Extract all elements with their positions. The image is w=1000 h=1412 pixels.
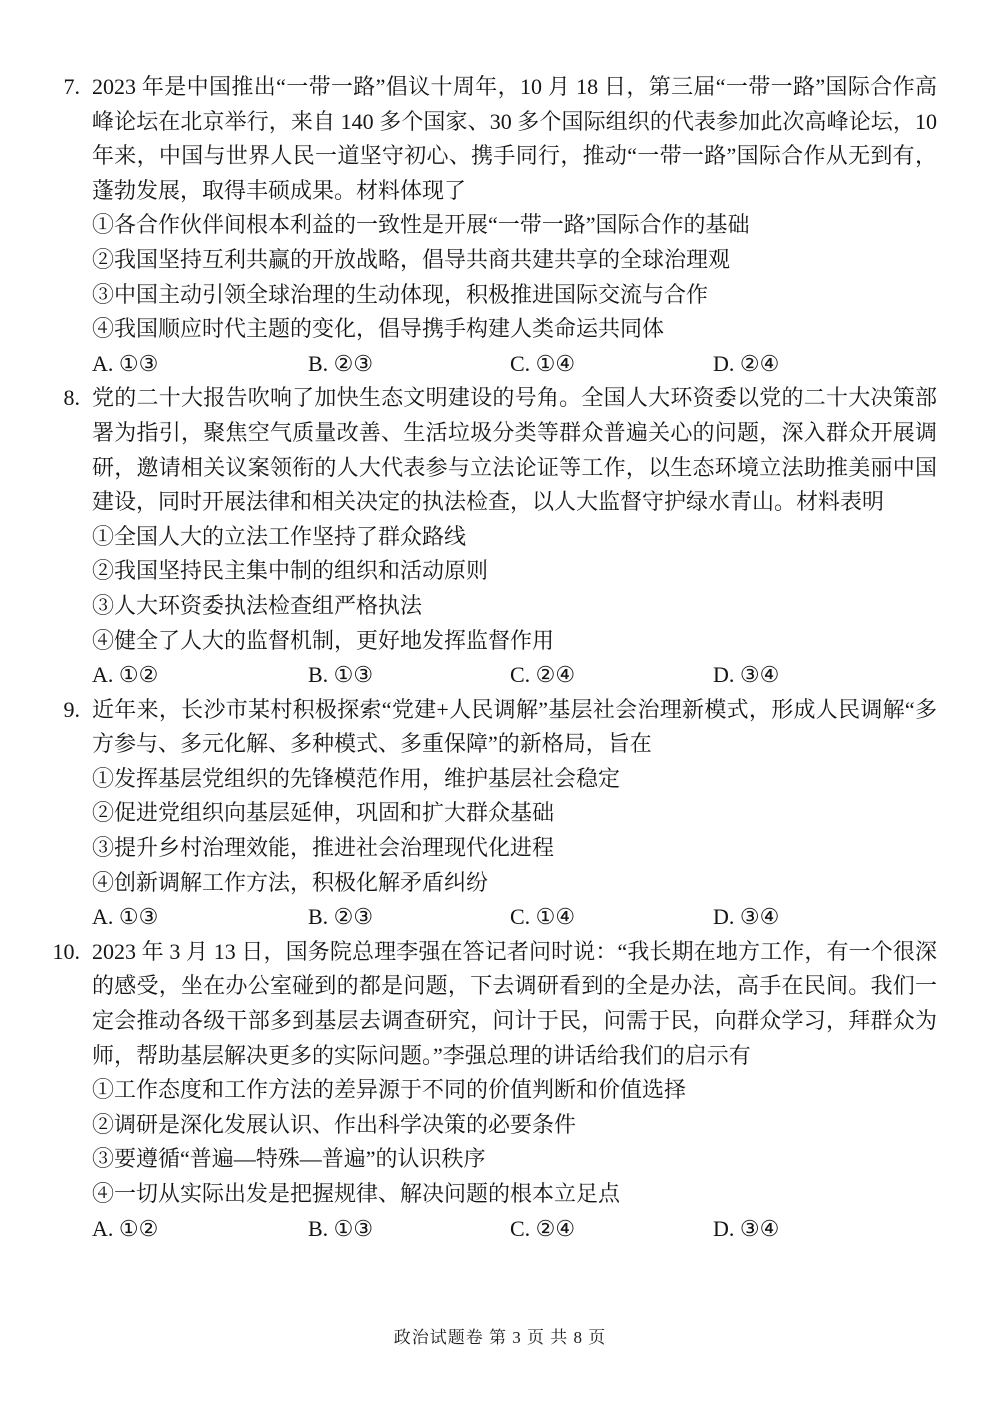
choice-a: A. ①② <box>92 658 308 693</box>
statement-item: ②我国坚持民主集中制的组织和活动原则 <box>92 554 937 589</box>
choice-d: D. ③④ <box>713 900 937 935</box>
choice-b: B. ①③ <box>308 658 510 693</box>
statement-item: ④健全了人大的监督机制，更好地发挥监督作用 <box>92 624 937 659</box>
statement-item: ③人大环资委执法检查组严格执法 <box>92 589 937 624</box>
choice-b: B. ①③ <box>308 1212 510 1247</box>
statement-item: ②调研是深化发展认识、作出科学决策的必要条件 <box>92 1108 937 1143</box>
statement-item: ③要遵循“普遍—特殊—普遍”的认识秩序 <box>92 1142 937 1177</box>
statement-item: ④一切从实际出发是把握规律、解决问题的根本立足点 <box>92 1177 937 1212</box>
question-stem-text: 2023 年 3 月 13 日，国务院总理李强在答记者问时说：“我长期在地方工作… <box>92 939 937 1068</box>
statement-item: ③中国主动引领全球治理的生动体现，积极推进国际交流与合作 <box>92 278 937 313</box>
choice-d: D. ③④ <box>713 658 937 693</box>
question-7: 7.2023 年是中国推出“一带一路”倡议十周年，10 月 18 日，第三届“一… <box>92 70 937 381</box>
choice-a: A. ①③ <box>92 900 308 935</box>
statement-item: ①发挥基层党组织的先锋模范作用，维护基层社会稳定 <box>92 762 937 797</box>
choices-row: A. ①③ B. ②③ C. ①④ D. ③④ <box>92 900 937 935</box>
question-stem-text: 近年来，长沙市某村积极探索“党建+人民调解”基层社会治理新模式，形成人民调解“多… <box>92 697 937 757</box>
choices-row: A. ①② B. ①③ C. ②④ D. ③④ <box>92 658 937 693</box>
question-number: 7. <box>0 70 80 105</box>
statement-item: ③提升乡村治理效能，推进社会治理现代化进程 <box>92 831 937 866</box>
question-10: 10.2023 年 3 月 13 日，国务院总理李强在答记者问时说：“我长期在地… <box>92 935 937 1246</box>
statement-item: ④创新调解工作方法，积极化解矛盾纠纷 <box>92 866 937 901</box>
question-stem-text: 党的二十大报告吹响了加快生态文明建设的号角。全国人大环资委以党的二十大决策部署为… <box>92 385 937 514</box>
choice-c: C. ②④ <box>510 1212 713 1247</box>
statement-item: ②促进党组织向基层延伸，巩固和扩大群众基础 <box>92 796 937 831</box>
statement-item: ④我国顺应时代主题的变化，倡导携手构建人类命运共同体 <box>92 312 937 347</box>
choice-a: A. ①② <box>92 1212 308 1247</box>
statement-item: ①工作态度和工作方法的差异源于不同的价值判断和价值选择 <box>92 1073 937 1108</box>
choice-b: B. ②③ <box>308 347 510 382</box>
choice-c: C. ①④ <box>510 347 713 382</box>
choice-b: B. ②③ <box>308 900 510 935</box>
question-stem: 8.党的二十大报告吹响了加快生态文明建设的号角。全国人大环资委以党的二十大决策部… <box>92 381 937 519</box>
question-8: 8.党的二十大报告吹响了加快生态文明建设的号角。全国人大环资委以党的二十大决策部… <box>92 381 937 692</box>
choice-a: A. ①③ <box>92 347 308 382</box>
choice-d: D. ②④ <box>713 347 937 382</box>
question-number: 9. <box>0 693 80 728</box>
choice-c: C. ②④ <box>510 658 713 693</box>
statement-item: ①各合作伙伴间根本利益的一致性是开展“一带一路”国际合作的基础 <box>92 208 937 243</box>
choices-row: A. ①② B. ①③ C. ②④ D. ③④ <box>92 1212 937 1247</box>
question-stem: 9.近年来，长沙市某村积极探索“党建+人民调解”基层社会治理新模式，形成人民调解… <box>92 693 937 762</box>
choice-d: D. ③④ <box>713 1212 937 1247</box>
question-number: 8. <box>0 381 80 416</box>
exam-page: 7.2023 年是中国推出“一带一路”倡议十周年，10 月 18 日，第三届“一… <box>0 0 1000 1412</box>
statement-item: ②我国坚持互利共赢的开放战略，倡导共商共建共享的全球治理观 <box>92 243 937 278</box>
choices-row: A. ①③ B. ②③ C. ①④ D. ②④ <box>92 347 937 382</box>
question-stem: 7.2023 年是中国推出“一带一路”倡议十周年，10 月 18 日，第三届“一… <box>92 70 937 208</box>
question-number: 10. <box>0 935 80 970</box>
question-9: 9.近年来，长沙市某村积极探索“党建+人民调解”基层社会治理新模式，形成人民调解… <box>92 693 937 935</box>
statement-item: ①全国人大的立法工作坚持了群众路线 <box>92 520 937 555</box>
choice-c: C. ①④ <box>510 900 713 935</box>
question-stem: 10.2023 年 3 月 13 日，国务院总理李强在答记者问时说：“我长期在地… <box>92 935 937 1073</box>
questions-list: 7.2023 年是中国推出“一带一路”倡议十周年，10 月 18 日，第三届“一… <box>92 70 937 1246</box>
question-stem-text: 2023 年是中国推出“一带一路”倡议十周年，10 月 18 日，第三届“一带一… <box>92 74 937 203</box>
page-footer: 政治试题卷 第 3 页 共 8 页 <box>0 1326 1000 1350</box>
